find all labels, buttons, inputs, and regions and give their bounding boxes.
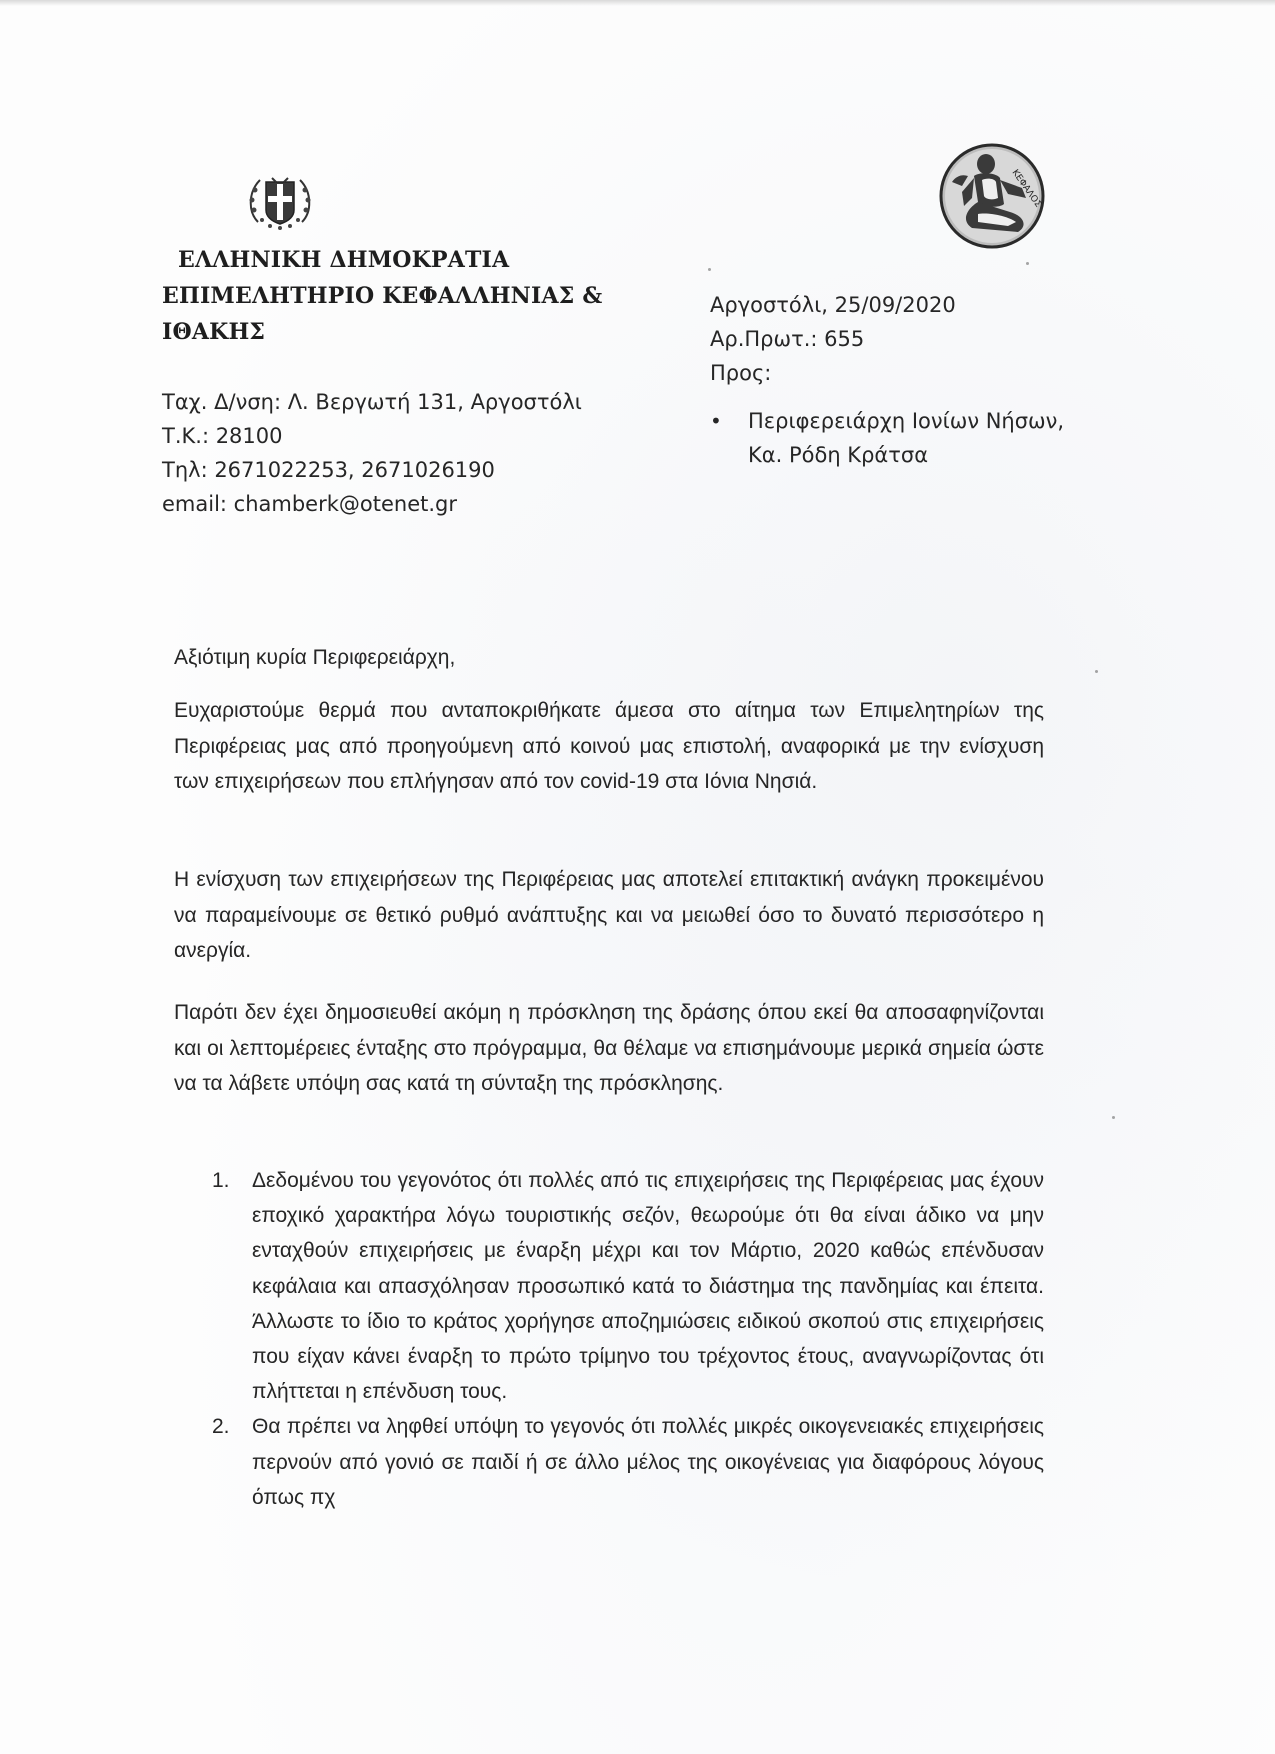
list-item-text: Θα πρέπει να ληφθεί υπόψη το γεγονός ότι… (252, 1415, 1044, 1508)
to-label: Προς: (710, 356, 956, 390)
points-list: 1. Δεδομένου του γεγονότος ότι πολλές απ… (212, 1163, 1044, 1515)
email-address: email: chamberk@otenet.gr (162, 487, 582, 521)
list-item-number: 1. (212, 1163, 230, 1198)
place-date: Αργοστόλι, 25/09/2020 (710, 288, 956, 322)
greek-coat-of-arms-icon (244, 170, 316, 232)
list-item: 2. Θα πρέπει να ληφθεί υπόψη το γεγονός … (212, 1409, 1044, 1515)
scan-speck (1026, 262, 1029, 265)
salutation: Αξιότιμη κυρία Περιφερειάρχη, (174, 640, 455, 675)
organization-name-line1: ΕΠΙΜΕΛΗΤΗΡΙΟ ΚΕΦΑΛΛΗΝΙΑΣ & (162, 278, 622, 314)
postal-address: Ταχ. Δ/νση: Λ. Βεργωτή 131, Αργοστόλι (162, 385, 582, 419)
list-item: 1. Δεδομένου του γεγονότος ότι πολλές απ… (212, 1163, 1044, 1409)
paragraph-support: Η ενίσχυση των επιχειρήσεων της Περιφέρε… (174, 862, 1044, 969)
list-item-text: Δεδομένου του γεγονότος ότι πολλές από τ… (252, 1169, 1044, 1403)
scan-speck (1112, 1116, 1115, 1119)
chamber-coin-logo-icon: ΚΕΦΑΛΟΣ (938, 142, 1046, 250)
phone-numbers: Τηλ: 2671022253, 2671026190 (162, 453, 582, 487)
scan-speck (1095, 670, 1098, 673)
letterhead: ΕΛΛΗΝΙΚΗ ΔΗΜΟΚΡΑΤΙΑ ΕΠΙΜΕΛΗΤΗΡΙΟ ΚΕΦΑΛΛΗ… (162, 242, 622, 350)
postal-code: Τ.Κ.: 28100 (162, 419, 582, 453)
paragraph-thanks: Ευχαριστούμε θερμά που ανταποκριθήκατε ά… (174, 693, 1044, 800)
recipient-title: Περιφερειάρχη Ιονίων Νήσων, (748, 404, 1064, 438)
scan-speck (708, 268, 711, 271)
list-item-number: 2. (212, 1409, 230, 1444)
country-name: ΕΛΛΗΝΙΚΗ ΔΗΜΟΚΡΑΤΙΑ (170, 242, 630, 278)
bullet-icon: • (710, 404, 722, 438)
contact-details: Ταχ. Δ/νση: Λ. Βεργωτή 131, Αργοστόλι Τ.… (162, 385, 582, 521)
protocol-number: Αρ.Πρωτ.: 655 (710, 322, 956, 356)
letter-meta: Αργοστόλι, 25/09/2020 Αρ.Πρωτ.: 655 Προς… (710, 288, 956, 390)
organization-name-line2: ΙΘΑΚΗΣ (162, 314, 622, 350)
scan-edge (0, 0, 1275, 6)
paragraph-remarks: Παρότι δεν έχει δημοσιευθεί ακόμη η πρόσ… (174, 995, 1044, 1102)
recipient: • Περιφερειάρχη Ιονίων Νήσων, Κα. Ρόδη Κ… (748, 404, 1064, 472)
recipient-name: Κα. Ρόδη Κράτσα (748, 438, 1064, 472)
